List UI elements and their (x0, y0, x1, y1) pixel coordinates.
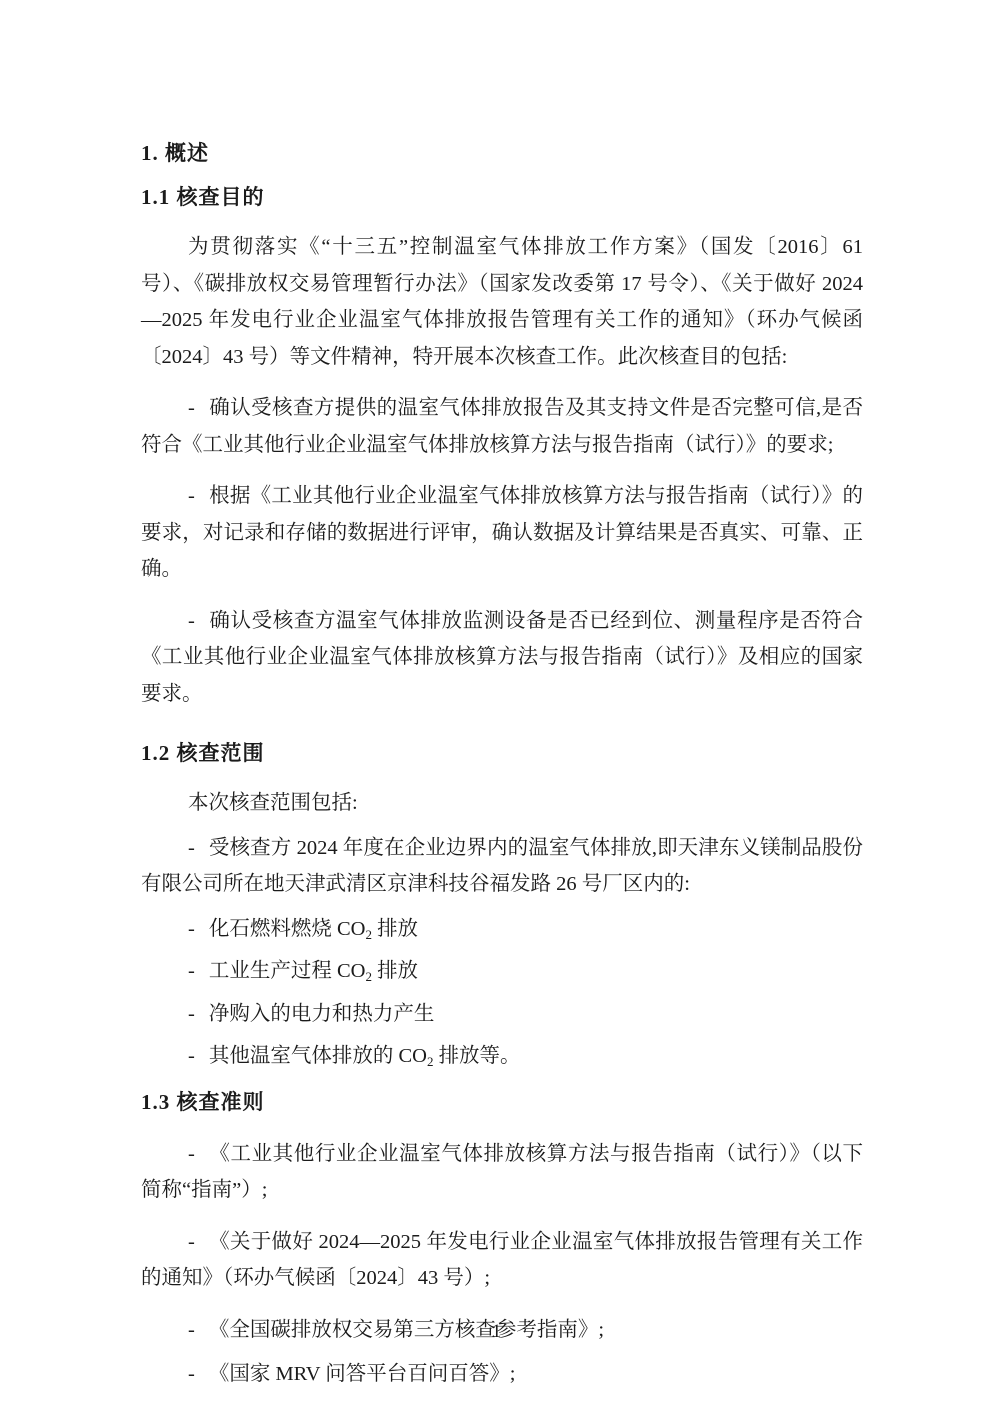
bullet-text: 《国家 MRV 问答平台百问百答》; (209, 1363, 516, 1385)
dash-marker: - (188, 960, 195, 982)
bullet-text-suffix: 排放 (372, 960, 418, 982)
dash-marker: - (188, 610, 195, 632)
bullet-item-emission: -净购入的电力和热力产生 (141, 996, 863, 1033)
bullet-item-emission: -其他温室气体排放的 CO2 排放等。 (141, 1038, 863, 1075)
dash-marker: - (188, 1363, 195, 1385)
bullet-text: 其他温室气体排放的 CO (209, 1045, 427, 1067)
page-number: 1 (0, 1320, 993, 1344)
bullet-item: -《关于做好 2024—2025 年发电行业企业温室气体排放报告管理有关工作的通… (141, 1224, 863, 1297)
dash-marker: - (188, 918, 195, 940)
bullet-item: -根据《工业其他行业企业温室气体排放核算方法与报告指南（试行）》的要求，对记录和… (141, 478, 863, 588)
bullet-item: -《国家 MRV 问答平台百问百答》; (141, 1356, 863, 1393)
dash-marker: - (188, 1231, 195, 1253)
bullet-text: 根据《工业其他行业企业温室气体排放核算方法与报告指南（试行）》的要求，对记录和存… (141, 485, 863, 580)
bullet-text-suffix: 排放 (372, 918, 418, 940)
page-content: 1. 概述 1.1 核查目的 为贯彻落实《“十三五”控制温室气体排放工作方案》（… (0, 0, 993, 1393)
bullet-text: 《工业其他行业企业温室气体排放核算方法与报告指南（试行）》（以下简称“指南”）; (141, 1143, 863, 1202)
bullet-item: -《工业其他行业企业温室气体排放核算方法与报告指南（试行）》（以下简称“指南”）… (141, 1136, 863, 1209)
dash-marker: - (188, 837, 195, 859)
section-heading-overview: 1. 概述 (141, 140, 863, 167)
section-heading-1-1: 1.1 核查目的 (141, 184, 863, 211)
bullet-text: 受核查方 2024 年度在企业边界内的温室气体排放,即天津东义镁制品股份有限公司… (141, 837, 863, 896)
section-heading-1-3: 1.3 核查准则 (141, 1089, 863, 1116)
paragraph-intro-1-1: 为贯彻落实《“十三五”控制温室气体排放工作方案》（国发〔2016〕61 号）、《… (141, 229, 863, 375)
section-heading-1-2: 1.2 核查范围 (141, 740, 863, 767)
bullet-text: 确认受核查方温室气体排放监测设备是否已经到位、测量程序是否符合《工业其他行业企业… (141, 610, 863, 705)
dash-marker: - (188, 485, 195, 507)
bullet-text: 《关于做好 2024—2025 年发电行业企业温室气体排放报告管理有关工作的通知… (141, 1231, 863, 1290)
bullet-text: 化石燃料燃烧 CO (209, 918, 366, 940)
document-page: { "doc": { "h_main": "1. 概述", "s11": { "… (0, 0, 993, 1404)
paragraph-text: 为贯彻落实《“十三五”控制温室气体排放工作方案》（国发〔2016〕61 号）、《… (141, 236, 863, 368)
bullet-item: -确认受核查方提供的温室气体排放报告及其支持文件是否完整可信,是否符合《工业其他… (141, 390, 863, 463)
paragraph-intro-1-2: 本次核查范围包括: (141, 785, 863, 822)
bullet-text: 净购入的电力和热力产生 (209, 1003, 435, 1025)
bullet-item-emission: -工业生产过程 CO2 排放 (141, 953, 863, 990)
dash-marker: - (188, 1143, 195, 1165)
bullet-text-suffix: 排放等。 (433, 1045, 520, 1067)
bullet-item: -受核查方 2024 年度在企业边界内的温室气体排放,即天津东义镁制品股份有限公… (141, 830, 863, 903)
dash-marker: - (188, 1003, 195, 1025)
dash-marker: - (188, 397, 195, 419)
bullet-text: 确认受核查方提供的温室气体排放报告及其支持文件是否完整可信,是否符合《工业其他行… (141, 397, 863, 456)
paragraph-text: 本次核查范围包括: (188, 792, 358, 814)
bullet-text: 工业生产过程 CO (209, 960, 366, 982)
bullet-item-emission: -化石燃料燃烧 CO2 排放 (141, 911, 863, 948)
dash-marker: - (188, 1045, 195, 1067)
bullet-item: -确认受核查方温室气体排放监测设备是否已经到位、测量程序是否符合《工业其他行业企… (141, 603, 863, 713)
